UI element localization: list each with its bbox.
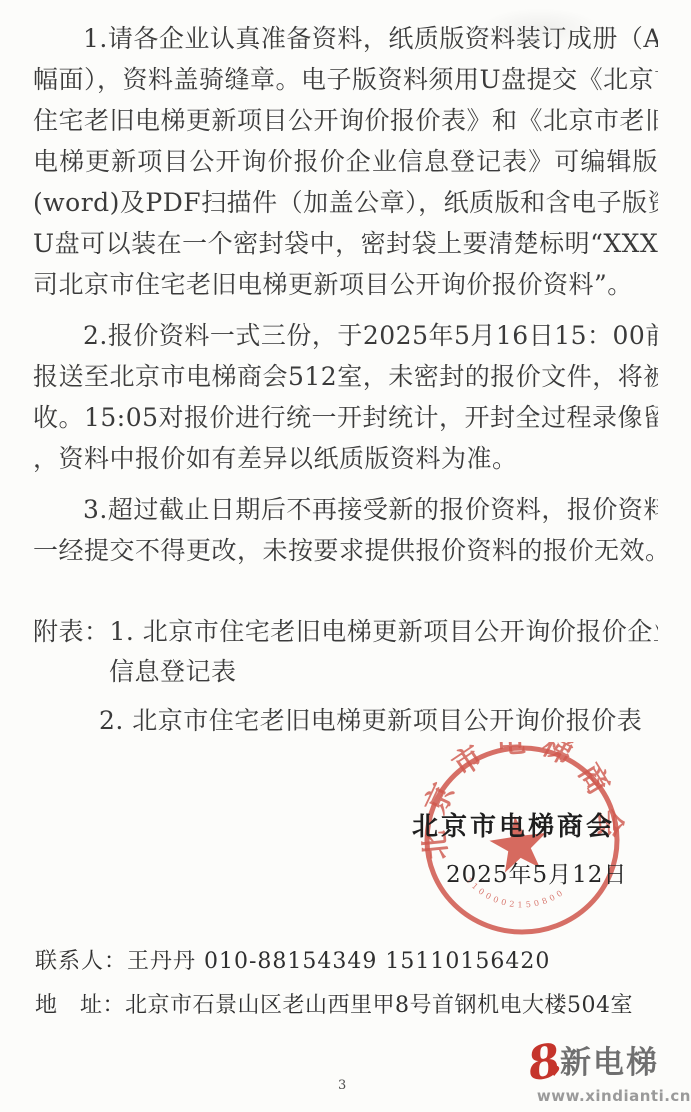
paragraph-1-line: 住宅老旧电梯更新项目公开询价报价表》和《北京市老旧 (33, 100, 658, 141)
page-number: 3 (338, 1078, 346, 1093)
paragraph-3-line: 一经提交不得更改，未按要求提供报价资料的报价无效。 (33, 530, 658, 571)
xindianti-watermark-logo: 8 ♥ 新电梯 www.xindianti.cn (528, 1042, 691, 1105)
paragraph-2: 2.报价资料一式三份，于2025年5月16日15：00前线下 报送至北京市电梯商… (33, 315, 658, 479)
paragraph-2-line: 2.报价资料一式三份，于2025年5月16日15：00前线下 (33, 315, 658, 356)
paragraph-1-line: 1.请各企业认真准备资料，纸质版资料装订成册（A4 (33, 18, 658, 59)
signature-date: 2025年5月12日 (446, 856, 627, 889)
signature-organization: 北京市电梯商会 (412, 806, 615, 843)
paragraph-3-line: 3.超过截止日期后不再接受新的报价资料，报价资料 (33, 489, 658, 530)
contact-address-line: 地 址：北京市石景山区老山西里甲8号首钢机电大楼504室 (35, 988, 633, 1019)
paragraph-1-line: 司北京市住宅老旧电梯更新项目公开询价报价资料”。 (33, 264, 658, 305)
appendix-list: 附表：1. 北京市住宅老旧电梯更新项目公开询价报价企业 信息登记表 2. 北京市… (33, 612, 658, 741)
contact-person-line: 联系人：王丹丹 010-88154349 15110156420 (35, 944, 550, 975)
appendix-item-2: 2. 北京市住宅老旧电梯更新项目公开询价报价表 (33, 701, 658, 741)
paragraph-1-line: (word)及PDF扫描件（加盖公章），纸质版和含电子版资料 (33, 182, 658, 223)
paragraph-2-line: 收。15:05对报价进行统一开封统计，开封全过程录像留存 (33, 397, 658, 438)
paragraph-2-line: ，资料中报价如有差异以纸质版资料为准。 (33, 438, 658, 479)
appendix-item-1: 附表：1. 北京市住宅老旧电梯更新项目公开询价报价企业 (33, 612, 658, 652)
paragraph-1-line: 电梯更新项目公开询价报价企业信息登记表》可编辑版 (33, 141, 658, 182)
paragraph-1-line: 幅面），资料盖骑缝章。电子版资料须用U盘提交《北京市 (33, 59, 658, 100)
paragraph-3: 3.超过截止日期后不再接受新的报价资料，报价资料 一经提交不得更改，未按要求提供… (33, 489, 658, 571)
paragraph-1: 1.请各企业认真准备资料，纸质版资料装订成册（A4 幅面），资料盖骑缝章。电子版… (33, 18, 658, 305)
paragraph-1-line: U盘可以装在一个密封袋中，密封袋上要清楚标明“XXX公 (33, 223, 658, 264)
logo-website-url: www.xindianti.cn (528, 1087, 691, 1105)
scanned-document-page: 1.请各企业认真准备资料，纸质版资料装订成册（A4 幅面），资料盖骑缝章。电子版… (0, 0, 691, 1112)
appendix-item-1-continued: 信息登记表 (33, 652, 658, 692)
document-body: 1.请各企业认真准备资料，纸质版资料装订成册（A4 幅面），资料盖骑缝章。电子版… (33, 18, 658, 571)
paragraph-2-line: 报送至北京市电梯商会512室，未密封的报价文件，将被拒 (33, 356, 658, 397)
logo-brand-text: 新电梯 (560, 1042, 659, 1084)
logo-row: 8 ♥ 新电梯 (528, 1042, 691, 1086)
